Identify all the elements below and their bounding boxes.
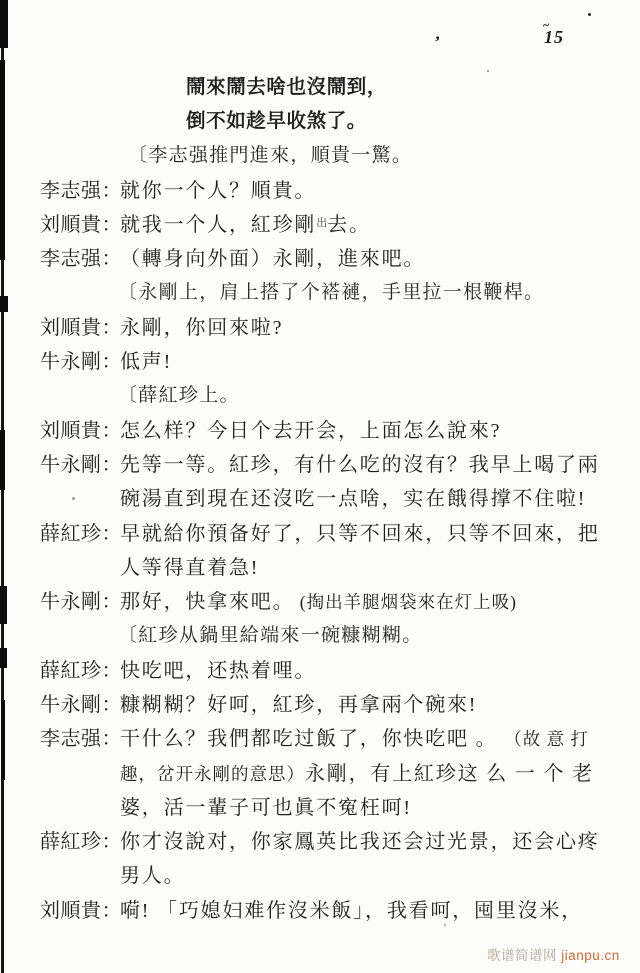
line-text: 糠糊糊？好呵，紅珍，再拿兩个碗來!: [120, 688, 477, 717]
dialogue-line: 牛永剛：低声!: [40, 342, 625, 376]
stage-direction: 〔紅珍从鍋里給端來一碗糠糊糊。: [40, 617, 625, 651]
line-text: 嗬! 「巧媳妇难作沒米飯」，我看呵，囤里沒米，: [120, 894, 583, 923]
speaker-name: 李志强：: [40, 242, 120, 271]
line-text: 永剛，你回來啦?: [120, 311, 283, 340]
line-text: 男人。: [120, 859, 185, 888]
line-text: 低声!: [120, 345, 172, 374]
scan-artifact-blob: [0, 586, 7, 624]
line-text: 人等得直着急!: [120, 551, 259, 580]
scanned-script-page: , ~ 15 鬧來鬧去啥也沒鬧到，倒不如趁早收煞了。〔李志强推門進來，順貴一驚。…: [0, 0, 640, 973]
line-text: 干什么？我們都吃过飯了，你快吃吧 。 （故 意 打: [120, 722, 589, 751]
ink-speck: [588, 13, 591, 16]
line-text: 趣，岔开永剛的意思）永剛，有上紅珍这 么 一 个 老: [120, 757, 594, 786]
dialogue-line: 刘順貴：永剛，你回來啦?: [40, 308, 625, 342]
line-text: 〔李志强推門進來，順貴一驚。: [128, 140, 412, 167]
speaker-name: 刘順貴：: [40, 894, 120, 923]
dialogue-line: 牛永剛：先等一等。紅珍，有什么吃的沒有？我早上喝了兩: [40, 445, 625, 479]
dialogue-line: 李志强：就你一个人？順貴。: [40, 171, 625, 205]
line-text: 先等一等。紅珍，有什么吃的沒有？我早上喝了兩: [120, 448, 600, 477]
dialogue-line: 男人。: [40, 857, 625, 891]
speaker-name: 薛紅珍：: [40, 825, 120, 854]
watermark-site-url[interactable]: jianpu.cn: [561, 948, 620, 963]
speaker-name: 牛永剛：: [40, 448, 120, 477]
stage-direction: 〔薛紅珍上。: [40, 377, 625, 411]
line-text: 婆，活一輩子可也眞不寃枉呵!: [120, 791, 412, 820]
dialogue-line: 趣，岔开永剛的意思）永剛，有上紅珍这 么 一 个 老: [40, 754, 625, 788]
dialogue-line: 刘順貴：嗬! 「巧媳妇难作沒米飯」，我看呵，囤里沒米，: [40, 891, 625, 925]
line-text: 那好，快拿來吧。 (掏出羊腿烟袋來在灯上吸): [120, 585, 517, 614]
line-text: 〔薛紅珍上。: [118, 380, 240, 407]
scan-artifact-blob: [0, 60, 5, 260]
watermark: 歌谱简谱网 jianpu.cn: [487, 944, 620, 964]
speaker-name: 李志强：: [40, 722, 120, 751]
dialogue-line: 李志强：（轉身向外面）永剛，進來吧。: [40, 239, 625, 273]
stage-direction: 〔永剛上，肩上搭了个褡褳，手里拉一根鞭桿。: [40, 274, 625, 308]
line-text: 你才沒說对，你家鳳英比我还会过光景，还会心疼: [120, 825, 600, 854]
speaker-name: 薛紅珍：: [40, 654, 120, 683]
dialogue-line: 刘順貴：怎么样？今日个去开会，上面怎么說來?: [40, 411, 625, 445]
dialogue-line: 薛紅珍：你才沒說对，你家鳳英比我还会过光景，还会心疼: [40, 823, 625, 857]
verse-line: 倒不如趁早收煞了。: [40, 102, 625, 136]
line-text: 〔永剛上，肩上搭了个褡褳，手里拉一根鞭桿。: [118, 277, 544, 304]
watermark-site-name: 歌谱简谱网: [487, 948, 557, 963]
dialogue-line: 牛永剛：那好，快拿來吧。 (掏出羊腿烟袋來在灯上吸): [40, 582, 625, 616]
line-text: （轉身向外面）永剛，進來吧。: [120, 242, 425, 271]
dialogue-line: 薛紅珍：早就給你預备好了，只等不回來，只等不回來，把: [40, 514, 625, 548]
speaker-name: 牛永剛：: [40, 345, 120, 374]
dialogue-line: 李志强：干什么？我們都吃过飯了，你快吃吧 。 （故 意 打: [40, 720, 625, 754]
scan-artifact-blob: [0, 296, 8, 312]
dialogue-line: 薛紅珍：快吃吧，还热着哩。: [40, 651, 625, 685]
line-text: 〔紅珍从鍋里給端來一碗糠糊糊。: [118, 620, 423, 647]
line-text: 倒不如趁早收煞了。: [186, 105, 367, 133]
line-text: 就我一个人，紅珍剛出去。: [120, 208, 371, 237]
scan-artifact-blob: [0, 430, 5, 490]
speaker-name: 牛永剛：: [40, 585, 120, 614]
line-text: 早就給你預备好了，只等不回來，只等不回來，把: [120, 517, 600, 546]
dialogue-line: 婆，活一輩子可也眞不寃枉呵!: [40, 788, 625, 822]
verse-line: 鬧來鬧去啥也沒鬧到，: [40, 68, 625, 102]
scan-artifact-blob: [0, 648, 7, 668]
line-text: 怎么样？今日个去开会，上面怎么說來?: [120, 414, 501, 443]
dialogue-line: 人等得直着急!: [40, 548, 625, 582]
line-text: 快吃吧，还热着哩。: [120, 654, 316, 683]
speaker-name: 李志强：: [40, 174, 120, 203]
speaker-name: 牛永剛：: [40, 688, 120, 717]
line-text: 就你一个人？順貴。: [120, 174, 316, 203]
dialogue-line: 碗湯直到現在还沒吃一点啥，实在餓得撑不住啦!: [40, 480, 625, 514]
speaker-name: 刘順貴：: [40, 311, 120, 340]
speaker-name: 薛紅珍：: [40, 517, 120, 546]
stage-direction: 〔李志强推門進來，順貴一驚。: [40, 137, 625, 171]
ink-speck-comma: ,: [435, 24, 442, 44]
scan-artifact-blob: [1, 700, 5, 780]
line-text: 碗湯直到現在还沒吃一点啥，实在餓得撑不住啦!: [120, 482, 586, 511]
script-body: 鬧來鬧去啥也沒鬧到，倒不如趁早收煞了。〔李志强推門進來，順貴一驚。李志强：就你一…: [40, 68, 625, 925]
speaker-name: 刘順貴：: [40, 208, 120, 237]
line-text: 鬧來鬧去啥也沒鬧到，: [186, 71, 387, 99]
page-number: 15: [544, 27, 564, 48]
scan-artifact-blob: [0, 0, 8, 48]
dialogue-line: 牛永剛：糠糊糊？好呵，紅珍，再拿兩个碗來!: [40, 685, 625, 719]
dialogue-line: 刘順貴：就我一个人，紅珍剛出去。: [40, 205, 625, 239]
speaker-name: 刘順貴：: [40, 414, 120, 443]
